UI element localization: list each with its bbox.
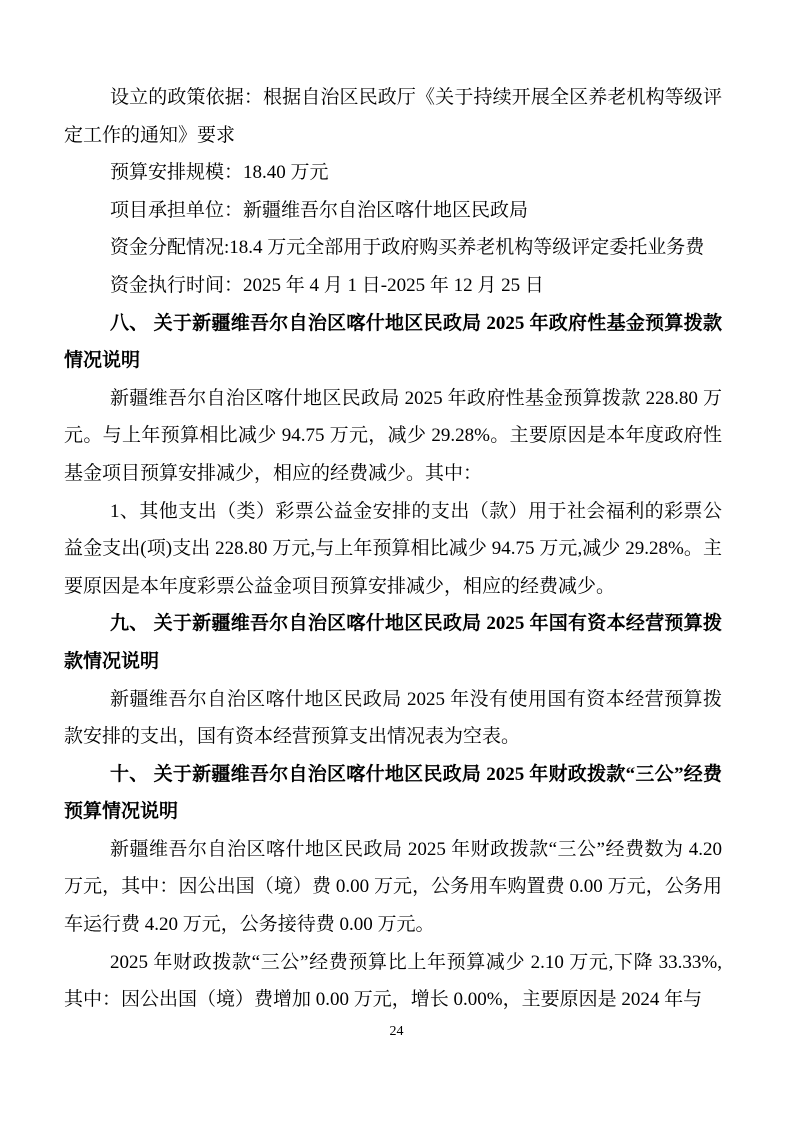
- paragraph-govt-fund-budget: 新疆维吾尔自治区喀什地区民政局 2025 年政府性基金预算拨款 228.80 万…: [64, 380, 722, 493]
- paragraph-state-capital: 新疆维吾尔自治区喀什地区民政局 2025 年没有使用国有资本经营预算拨款安排的支…: [64, 681, 722, 756]
- paragraph-fund-allocation: 资金分配情况:18.4 万元全部用于政府购买养老机构等级评定委托业务费: [64, 229, 722, 267]
- paragraph-lottery-fund-detail: 1、其他支出（类）彩票公益金安排的支出（款）用于社会福利的彩票公益金支出(项)支…: [64, 493, 722, 606]
- paragraph-policy-basis: 设立的政策依据：根据自治区民政厅《关于持续开展全区养老机构等级评定工作的通知》要…: [64, 79, 722, 154]
- paragraph-fund-execution-time: 资金执行时间：2025 年 4 月 1 日-2025 年 12 月 25 日: [64, 267, 722, 305]
- document-page: 设立的政策依据：根据自治区民政厅《关于持续开展全区养老机构等级评定工作的通知》要…: [0, 0, 793, 1122]
- paragraph-three-public-change: 2025 年财政拨款“三公”经费预算比上年预算减少 2.10 万元,下降 33.…: [64, 944, 722, 1019]
- document-body: 设立的政策依据：根据自治区民政厅《关于持续开展全区养老机构等级评定工作的通知》要…: [64, 79, 722, 1019]
- paragraph-three-public-budget: 新疆维吾尔自治区喀什地区民政局 2025 年财政拨款“三公”经费数为 4.20 …: [64, 831, 722, 944]
- section-heading-9: 九、 关于新疆维吾尔自治区喀什地区民政局 2025 年国有资本经营预算拨款情况说…: [64, 605, 722, 680]
- section-heading-8: 八、 关于新疆维吾尔自治区喀什地区民政局 2025 年政府性基金预算拨款情况说明: [64, 305, 722, 380]
- page-number: 24: [0, 1022, 793, 1042]
- paragraph-budget-scale: 预算安排规模：18.40 万元: [64, 154, 722, 192]
- section-heading-10: 十、 关于新疆维吾尔自治区喀什地区民政局 2025 年财政拨款“三公”经费预算情…: [64, 756, 722, 831]
- paragraph-undertaking-unit: 项目承担单位：新疆维吾尔自治区喀什地区民政局: [64, 192, 722, 230]
